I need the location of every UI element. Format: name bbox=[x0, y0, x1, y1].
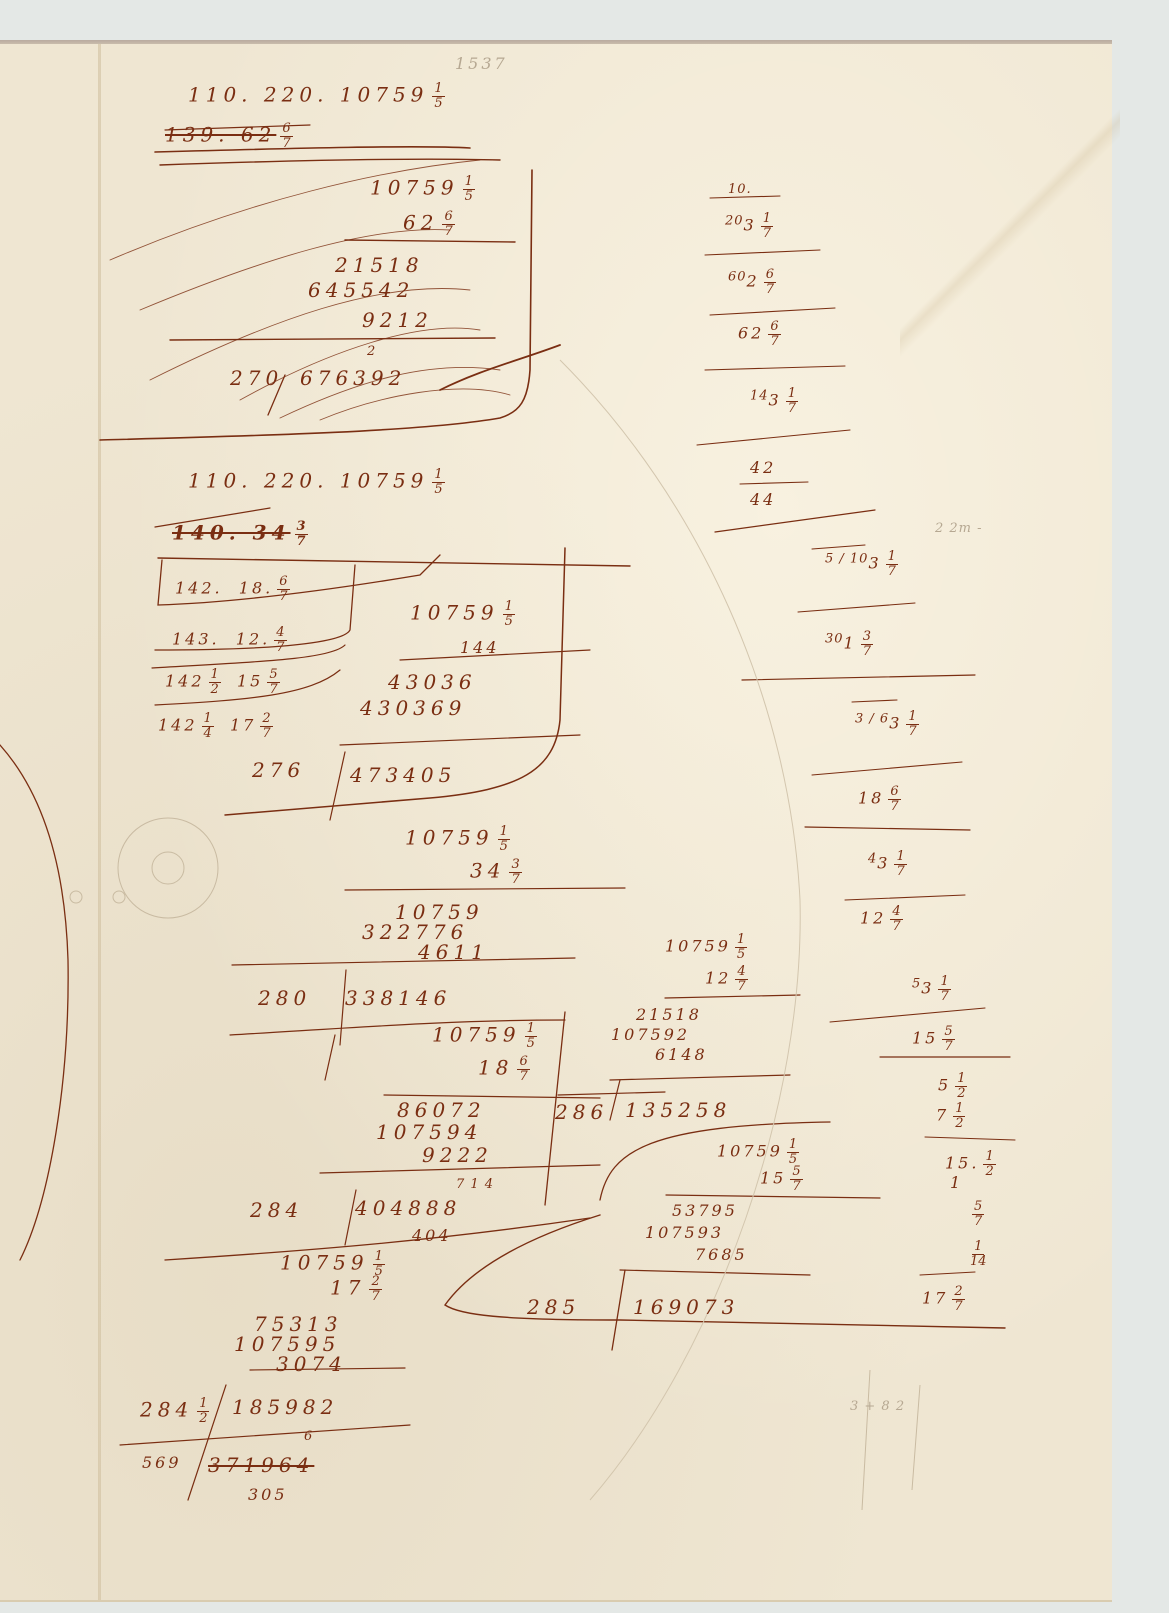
header-text: 110. 220. 10759 bbox=[188, 83, 428, 107]
fraction: 27 bbox=[952, 1285, 964, 1313]
fraction: 14 bbox=[202, 712, 214, 740]
right-col-entry: 4317 bbox=[868, 850, 907, 878]
fraction: 57 bbox=[790, 1165, 802, 1193]
calc3-divisor2: 569 bbox=[142, 1455, 182, 1471]
fraction: 47 bbox=[735, 965, 747, 993]
lr-calc2-operand1: 1075915 bbox=[717, 1138, 799, 1166]
fraction: 114 bbox=[970, 1240, 987, 1268]
calc1-partial-1: 10759 bbox=[395, 902, 484, 922]
calc3-partial-3: 3074 bbox=[276, 1354, 347, 1374]
fraction: 67 bbox=[517, 1055, 529, 1083]
fraction: 17 bbox=[894, 850, 906, 878]
calc2-partial-2: 107594 bbox=[376, 1122, 482, 1142]
fraction: 15 bbox=[503, 600, 515, 628]
lr-calc1-operand1: 1075915 bbox=[665, 933, 747, 961]
fraction: 37 bbox=[861, 630, 873, 658]
fraction: 67 bbox=[442, 210, 454, 238]
block-top-dividend: 676392 bbox=[300, 368, 406, 388]
right-col-entry: 57 bbox=[968, 1200, 984, 1228]
calc2-carries: 7 1 4 bbox=[456, 1178, 494, 1191]
ink-strokes bbox=[0, 0, 1169, 1613]
calc2-remainder: 404 bbox=[412, 1228, 452, 1244]
fraction: 17 bbox=[886, 550, 898, 578]
block-middle-divisor: 276 bbox=[252, 760, 305, 780]
right-col-entry-top: 42 bbox=[750, 460, 776, 476]
lr-calc1-partial-2: 107592 bbox=[611, 1027, 690, 1043]
fraction: 47 bbox=[890, 905, 902, 933]
block-middle-mult-operand1: 1075915 bbox=[410, 600, 515, 628]
lr-calc1-dividend: 135258 bbox=[625, 1100, 731, 1120]
calc2-operand2: 1867 bbox=[478, 1055, 530, 1083]
fraction: 15 bbox=[735, 933, 747, 961]
calc2-partial-3: 9222 bbox=[422, 1145, 493, 1165]
block-top-carry: 2 bbox=[367, 345, 376, 358]
fraction: 67 bbox=[280, 122, 292, 150]
lr-calc2-partial-1: 53795 bbox=[672, 1203, 738, 1219]
lr-calc1-operand2: 1247 bbox=[705, 965, 748, 993]
right-col-top: 10. bbox=[728, 183, 752, 196]
lr-calc2-partial-2: 107593 bbox=[645, 1225, 724, 1241]
block-top-divisor: 270 bbox=[230, 368, 283, 388]
right-col-entry: 114 bbox=[966, 1240, 987, 1268]
calc3-carry: 6 bbox=[304, 1430, 313, 1443]
fraction: 67 bbox=[888, 785, 900, 813]
fraction: 17 bbox=[906, 710, 918, 738]
block-middle-dividend: 473405 bbox=[350, 765, 456, 785]
right-col-entry: 5317 bbox=[912, 975, 951, 1003]
right-col-entry: 60267 bbox=[728, 268, 776, 296]
fraction: 57 bbox=[942, 1025, 954, 1053]
block-top-operand1: 1075915 bbox=[370, 175, 475, 203]
faint-bottom-note: 3 + 8 2 bbox=[850, 1400, 905, 1413]
right-col-entry: 20317 bbox=[725, 212, 773, 240]
fraction: 37 bbox=[509, 858, 521, 886]
right-col-entry: 712 bbox=[936, 1102, 965, 1130]
lr-calc2-divisor: 285 bbox=[527, 1297, 580, 1317]
fraction: 17 bbox=[761, 212, 773, 240]
block-top-partial-1: 21518 bbox=[335, 255, 424, 275]
block-top-partial-3: 9212 bbox=[362, 310, 433, 330]
fraction: 17 bbox=[938, 975, 950, 1003]
fraction: 17 bbox=[786, 387, 798, 415]
right-col-entry: 3 / 6317 bbox=[855, 710, 919, 738]
lr-calc1-partial-3: 6148 bbox=[655, 1047, 708, 1063]
calc3-divisor: 28412 bbox=[140, 1397, 209, 1425]
table-row: 142. 18.67 bbox=[175, 575, 290, 603]
right-col-entry: 512 bbox=[938, 1072, 967, 1100]
block-top-partial-2: 645542 bbox=[308, 280, 414, 300]
calc2-dividend: 404888 bbox=[355, 1198, 461, 1218]
fraction: 15 bbox=[787, 1138, 799, 1166]
block-top-header: 110. 220. 1075915 bbox=[188, 82, 445, 110]
fraction: 27 bbox=[369, 1275, 381, 1303]
block-middle-partial-2: 430369 bbox=[360, 698, 466, 718]
faint-margin-note: 2 2m - bbox=[935, 522, 983, 535]
fraction: 15 bbox=[498, 825, 510, 853]
fraction: 12 bbox=[983, 1150, 995, 1178]
right-col-entry: 1727 bbox=[922, 1285, 965, 1313]
fraction: 12 bbox=[197, 1397, 209, 1425]
lr-calc2-dividend: 169073 bbox=[633, 1297, 739, 1317]
right-col-entry-bottom: 44 bbox=[750, 492, 776, 508]
lr-calc1-partial-1: 21518 bbox=[636, 1007, 702, 1023]
right-col-entry: 1247 bbox=[860, 905, 903, 933]
table-row: 14214 1727 bbox=[158, 712, 273, 740]
calc1-operand2: 3437 bbox=[470, 858, 522, 886]
calc2-operand1: 1075915 bbox=[432, 1022, 537, 1050]
right-col-entry: 30137 bbox=[825, 630, 873, 658]
fraction: 15 bbox=[432, 82, 444, 110]
fraction: 67 bbox=[768, 320, 780, 348]
fraction: 15 bbox=[463, 175, 475, 203]
fraction: 67 bbox=[277, 575, 289, 603]
fraction: 47 bbox=[274, 626, 286, 654]
calc3-dividend2: 371964 bbox=[208, 1455, 314, 1475]
right-col-entry: 1 bbox=[950, 1175, 963, 1191]
block-middle-struck-line: 140. 3437 bbox=[172, 520, 308, 548]
block-middle-partial-1: 43036 bbox=[388, 672, 477, 692]
calc1-partial-2: 322776 bbox=[362, 922, 468, 942]
calc3-partial-2: 107595 bbox=[234, 1334, 340, 1354]
fraction: 15 bbox=[432, 468, 444, 496]
calc3-dividend: 185982 bbox=[232, 1397, 338, 1417]
fraction: 27 bbox=[260, 712, 272, 740]
block-middle-header: 110. 220. 1075915 bbox=[188, 468, 445, 496]
calc3-partial-1: 75313 bbox=[254, 1314, 343, 1334]
right-col-entry: 14317 bbox=[750, 387, 798, 415]
right-col-entry: 6267 bbox=[738, 320, 781, 348]
fraction: 12 bbox=[955, 1072, 967, 1100]
right-col-entry: 5 / 10317 bbox=[825, 550, 898, 578]
fraction: 37 bbox=[295, 520, 308, 548]
block-top-operand2: 6267 bbox=[403, 210, 455, 238]
lr-calc2-operand2: 1557 bbox=[760, 1165, 803, 1193]
calc2-partial-1: 86072 bbox=[397, 1100, 486, 1120]
table-row: 14212 1557 bbox=[165, 668, 280, 696]
fraction: 67 bbox=[764, 268, 776, 296]
calc3-operand2: 1727 bbox=[330, 1275, 382, 1303]
fraction: 57 bbox=[267, 668, 279, 696]
folio-number: 1537 bbox=[455, 56, 508, 72]
fraction: 12 bbox=[209, 668, 221, 696]
calc1-partial-3: 4611 bbox=[418, 942, 489, 962]
calc1-dividend: 338146 bbox=[345, 988, 451, 1008]
block-top-struck-line: 139. 6267 bbox=[165, 122, 293, 150]
right-col-entry: 1867 bbox=[858, 785, 901, 813]
lr-calc1-divisor: 286 bbox=[555, 1102, 608, 1122]
calc2-divisor: 284 bbox=[250, 1200, 303, 1220]
calc1-operand1: 1075915 bbox=[405, 825, 510, 853]
calc3-remainder: 305 bbox=[248, 1487, 288, 1503]
fraction: 15 bbox=[525, 1022, 537, 1050]
block-middle-mult-operand2: 144 bbox=[460, 640, 500, 656]
calc1-divisor: 280 bbox=[258, 988, 311, 1008]
lr-calc2-partial-3: 7685 bbox=[695, 1247, 748, 1263]
fraction: 57 bbox=[972, 1200, 984, 1228]
table-row: 143. 12.47 bbox=[172, 626, 287, 654]
fraction: 12 bbox=[953, 1102, 965, 1130]
right-col-entry: 1557 bbox=[912, 1025, 955, 1053]
